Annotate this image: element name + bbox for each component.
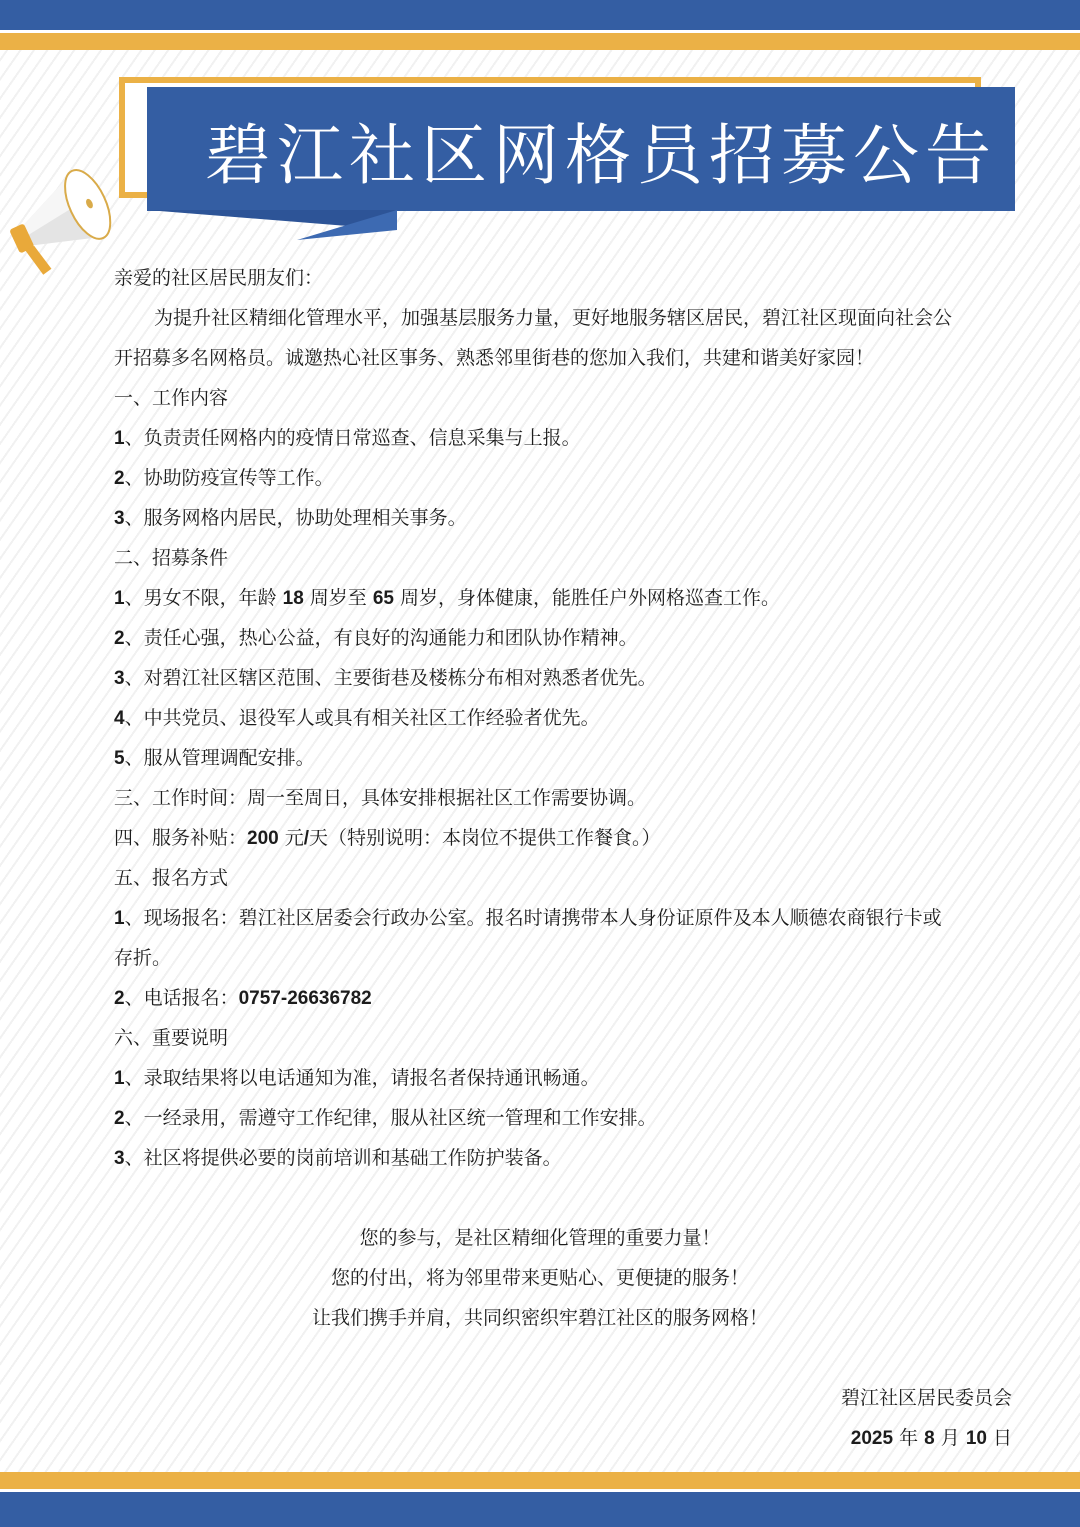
section-heading-notes: 六、重要说明 bbox=[114, 1018, 1014, 1058]
title-banner: 碧江社区网格员招募公告 bbox=[147, 87, 1015, 211]
list-item: 1、录取结果将以电话通知为准，请报名者保持通讯畅通。 bbox=[114, 1058, 1014, 1098]
megaphone-icon bbox=[0, 150, 130, 280]
page-title: 碧江社区网格员招募公告 bbox=[165, 102, 997, 197]
top-gold-band bbox=[0, 33, 1080, 50]
closing-line: 您的付出，将为邻里带来更贴心、更便捷的服务！ bbox=[0, 1258, 1080, 1298]
list-item: 1、男女不限，年龄 18 周岁至 65 周岁，身体健康，能胜任户外网格巡查工作。 bbox=[114, 578, 1014, 618]
phone-number: 0757-26636782 bbox=[239, 988, 372, 1009]
list-item: 1、现场报名：碧江社区居委会行政办公室。报名时请携带本人身份证原件及本人顺德农商… bbox=[114, 898, 1014, 938]
list-item: 3、服务网格内居民，协助处理相关事务。 bbox=[114, 498, 1014, 538]
signature-org: 碧江社区居民委员会 bbox=[841, 1378, 1012, 1418]
list-item: 3、社区将提供必要的岗前培训和基础工作防护装备。 bbox=[114, 1138, 1014, 1178]
list-item: 2、一经录用，需遵守工作纪律，服从社区统一管理和工作安排。 bbox=[114, 1098, 1014, 1138]
list-item: 1、负责责任网格内的疫情日常巡查、信息采集与上报。 bbox=[114, 418, 1014, 458]
list-item: 4、中共党员、退役军人或具有相关社区工作经验者优先。 bbox=[114, 698, 1014, 738]
section-work-hours: 三、工作时间：周一至周日，具体安排根据社区工作需要协调。 bbox=[114, 778, 1014, 818]
top-blue-band bbox=[0, 0, 1080, 30]
bottom-gold-band bbox=[0, 1472, 1080, 1489]
section-heading-requirements: 二、招募条件 bbox=[114, 538, 1014, 578]
bottom-blue-band bbox=[0, 1492, 1080, 1527]
list-item: 2、协助防疫宣传等工作。 bbox=[114, 458, 1014, 498]
section-allowance: 四、服务补贴：200 元/天（特别说明：本岗位不提供工作餐食。） bbox=[114, 818, 1014, 858]
section-heading-work-content: 一、工作内容 bbox=[114, 378, 1014, 418]
closing-line: 让我们携手并肩，共同织密织牢碧江社区的服务网格！ bbox=[0, 1298, 1080, 1338]
list-item: 5、服从管理调配安排。 bbox=[114, 738, 1014, 778]
intro-line-1: 为提升社区精细化管理水平，加强基层服务力量，更好地服务辖区居民，碧江社区现面向社… bbox=[114, 298, 1014, 338]
list-item: 2、电话报名：0757-26636782 bbox=[114, 978, 1014, 1018]
list-item: 3、对碧江社区辖区范围、主要街巷及楼栋分布相对熟悉者优先。 bbox=[114, 658, 1014, 698]
intro-line-2: 开招募多名网格员。诚邀热心社区事务、熟悉邻里街巷的您加入我们，共建和谐美好家园！ bbox=[114, 338, 1014, 378]
signature-date: 2025 年 8 月 10 日 bbox=[841, 1418, 1012, 1458]
greeting: 亲爱的社区居民朋友们： bbox=[114, 258, 1014, 298]
notice-body: 亲爱的社区居民朋友们： 为提升社区精细化管理水平，加强基层服务力量，更好地服务辖… bbox=[114, 258, 1014, 1178]
banner-ribbon-tail bbox=[147, 210, 407, 242]
signature-block: 碧江社区居民委员会 2025 年 8 月 10 日 bbox=[841, 1378, 1012, 1458]
closing-line: 您的参与，是社区精细化管理的重要力量！ bbox=[0, 1218, 1080, 1258]
section-heading-registration: 五、报名方式 bbox=[114, 858, 1014, 898]
list-item-continuation: 存折。 bbox=[114, 938, 1014, 978]
list-item: 2、责任心强，热心公益，有良好的沟通能力和团队协作精神。 bbox=[114, 618, 1014, 658]
closing-message: 您的参与，是社区精细化管理的重要力量！ 您的付出，将为邻里带来更贴心、更便捷的服… bbox=[0, 1218, 1080, 1338]
